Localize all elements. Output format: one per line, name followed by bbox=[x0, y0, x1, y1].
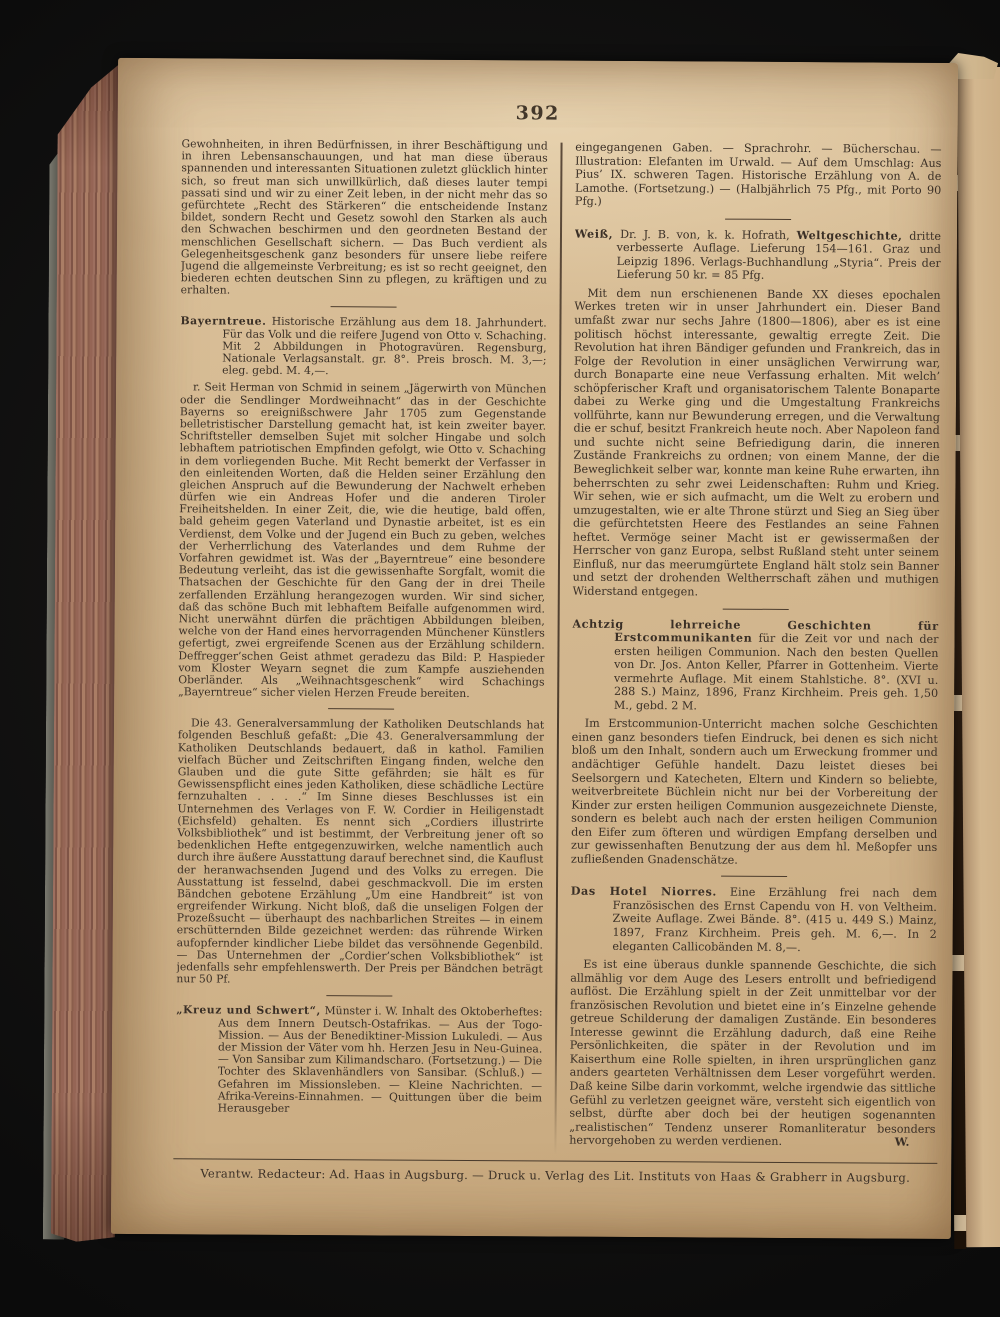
book: 392 Gewohnheiten, in ihren Bedürfnissen,… bbox=[0, 0, 1000, 1317]
review-text: Es ist eine überaus dunkle spannende Ges… bbox=[569, 958, 936, 1148]
book-entry-bayerntreue: Bayerntreue. Historische Erzählung aus d… bbox=[180, 316, 547, 379]
continuation-paragraph: eingegangenen Gaben. — Sprachrohr. — Büc… bbox=[575, 141, 942, 211]
book-title: Das Hotel Niorres. bbox=[571, 884, 717, 899]
book-page: 392 Gewohnheiten, in ihren Bedürfnissen,… bbox=[111, 58, 958, 1239]
column-right: eingegangenen Gaben. — Sprachrohr. — Büc… bbox=[569, 141, 941, 1157]
review-paragraph: Es ist eine überaus dunkle spannende Ges… bbox=[569, 958, 936, 1150]
section-divider bbox=[328, 708, 394, 709]
review-paragraph: Mit dem nun erschienenen Bande XX dieses… bbox=[573, 287, 941, 601]
continuation-paragraph: Gewohnheiten, in ihren Bedürfnissen, in … bbox=[181, 138, 548, 299]
entry-details: für die Zeit vor und nach der ersten hei… bbox=[614, 632, 939, 712]
scan-background: 392 Gewohnheiten, in ihren Bedürfnissen,… bbox=[0, 0, 1000, 1317]
page-number: 392 bbox=[118, 100, 958, 127]
book-title: Weltgeschichte, bbox=[797, 228, 903, 243]
entry-details: Münster i. W. Inhalt des Oktoberheftes: … bbox=[218, 1004, 543, 1114]
author-name: Weiß, bbox=[575, 226, 614, 240]
notice-paragraph: Die 43. Generalversammlung der Katholike… bbox=[176, 717, 544, 987]
journal-entry-kreuz-und-schwert: „Kreuz und Schwert“, Münster i. W. Inhal… bbox=[176, 1005, 543, 1117]
column-left: Gewohnheiten, in ihren Bedürfnissen, in … bbox=[175, 138, 547, 1154]
review-paragraph: r. Seit Herman von Schmid in seinem „Jäg… bbox=[178, 382, 546, 701]
book-entry-achtzig-geschichten: Achtzig lehrreiche Geschichten für Erstc… bbox=[572, 617, 939, 714]
section-divider bbox=[326, 996, 392, 997]
imprint-footer: Verantw. Redacteur: Ad. Haas in Augsburg… bbox=[173, 1158, 937, 1185]
column-divider bbox=[555, 143, 563, 1155]
book-entry-hotel-niorres: Das Hotel Niorres. Eine Erzählung frei n… bbox=[570, 885, 937, 955]
section-divider bbox=[331, 307, 397, 308]
text-columns: Gewohnheiten, in ihren Bedürfnissen, in … bbox=[175, 138, 941, 1157]
entry-details: Historische Erzählung aus dem 18. Jahrhu… bbox=[222, 315, 547, 377]
reviewer-initial: W. bbox=[882, 1136, 910, 1150]
book-entry-weltgeschichte: Weiß, Dr. J. B. von, k. k. Hofrath, Welt… bbox=[574, 227, 941, 283]
section-divider bbox=[721, 876, 787, 877]
section-divider bbox=[723, 608, 789, 609]
section-divider bbox=[725, 218, 791, 219]
review-paragraph: Im Erstcommunion-Unterricht machen solch… bbox=[571, 717, 938, 868]
entry-details: Dr. J. B. von, k. k. Hofrath, bbox=[613, 228, 797, 242]
